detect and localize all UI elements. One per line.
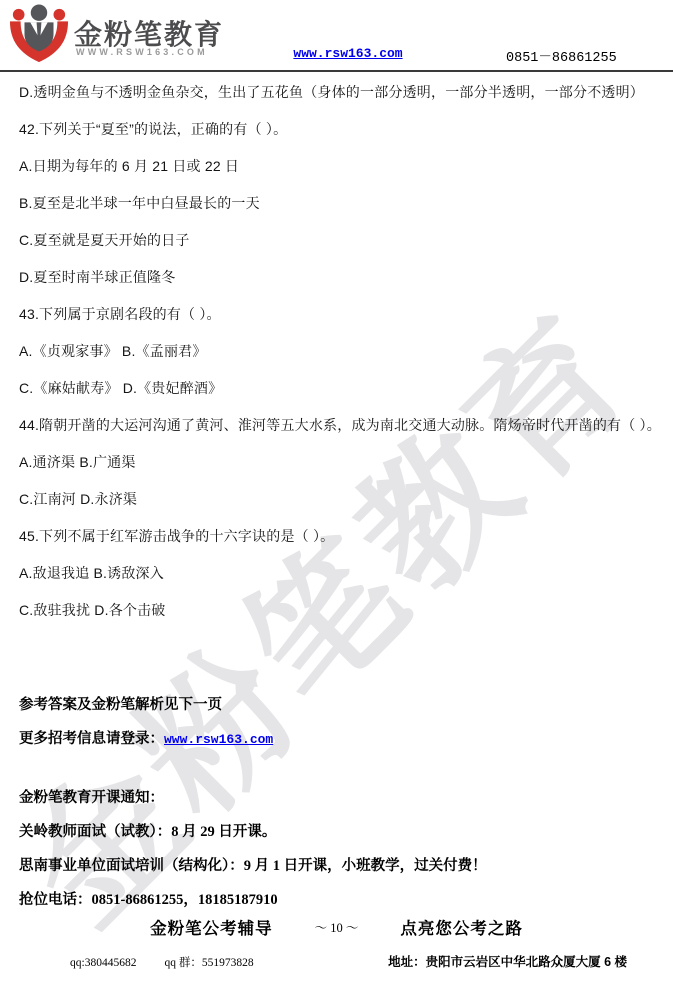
- notice-title: 金粉笔教育开课通知：: [19, 781, 667, 815]
- question-line: A.敌退我追 B.诱敌深入: [19, 555, 667, 592]
- question-line: 44.隋朝开凿的大运河沟通了黄河、淮河等五大水系，成为南北交通大动脉。隋炀帝时代…: [19, 407, 667, 444]
- header-divider: [0, 70, 673, 72]
- more-info-label: 更多招考信息请登录：: [19, 731, 164, 747]
- question-line: D.透明金鱼与不透明金鱼杂交，生出了五花鱼（身体的一部分透明，一部分半透明，一部…: [19, 74, 667, 111]
- question-line: 42.下列关于“夏至”的说法，正确的有（ ）。: [19, 111, 667, 148]
- brand-logo-icon: [8, 4, 70, 69]
- answer-note: 参考答案及金粉笔解析见下一页: [19, 688, 667, 722]
- footer-address: 地址：贵阳市云岩区中华北路众厦大厦 6 楼: [388, 952, 627, 970]
- footer-right-title: 点亮您公考之路: [400, 915, 523, 939]
- header-phone: 0851－86861255: [506, 45, 617, 66]
- notice-line: 关岭教师面试（试教）：8 月 29 日开课。: [19, 815, 667, 849]
- footer-bottom-row: qq:380445682qq 群：551973828 地址：贵阳市云岩区中华北路…: [0, 952, 673, 970]
- more-info-line: 更多招考信息请登录：www.rsw163.com: [19, 722, 667, 757]
- question-line: A.通济渠 B.广通渠: [19, 444, 667, 481]
- question-line: D.夏至时南半球正值隆冬: [19, 259, 667, 296]
- question-line: B.夏至是北半球一年中白昼最长的一天: [19, 185, 667, 222]
- document-page: 金粉笔教育 金粉笔教育 WWW.RSW163.COM www.rsw163.co…: [0, 0, 673, 993]
- page-number: ～ 10 ～: [315, 918, 359, 936]
- question-line: 45.下列不属于红军游击战争的十六字诀的是（ ）。: [19, 518, 667, 555]
- question-line: 43.下列属于京剧名段的有（ ）。: [19, 296, 667, 333]
- brand-site-text: WWW.RSW163.COM: [76, 47, 208, 57]
- qq-number: qq:380445682: [70, 957, 136, 969]
- question-line: C.江南河 D.永济渠: [19, 481, 667, 518]
- question-line: C.夏至就是夏天开始的日子: [19, 222, 667, 259]
- footer-title-row: 金粉笔公考辅导 ～ 10 ～ 点亮您公考之路: [0, 912, 673, 942]
- question-line: A.日期为每年的 6 月 21 日或 22 日: [19, 148, 667, 185]
- footer-contact: qq:380445682qq 群：551973828: [70, 954, 254, 970]
- notice-line: 思南事业单位面试培训（结构化）：9 月 1 日开课，小班教学，过关付费！: [19, 849, 667, 883]
- footer-left-title: 金粉笔公考辅导: [150, 915, 273, 939]
- more-info-link[interactable]: www.rsw163.com: [164, 732, 273, 747]
- qq-group-number: qq 群：551973828: [164, 957, 253, 969]
- question-line: A.《贞观家事》 B.《孟丽君》: [19, 333, 667, 370]
- notes-section: 参考答案及金粉笔解析见下一页 更多招考信息请登录：www.rsw163.com …: [19, 688, 667, 917]
- question-line: C.敌驻我扰 D.各个击破: [19, 592, 667, 629]
- questions-section: D.透明金鱼与不透明金鱼杂交，生出了五花鱼（身体的一部分透明，一部分半透明，一部…: [19, 74, 667, 629]
- header-site-link[interactable]: www.rsw163.com: [283, 46, 413, 61]
- question-line: C.《麻姑献寿》 D.《贵妃醉酒》: [19, 370, 667, 407]
